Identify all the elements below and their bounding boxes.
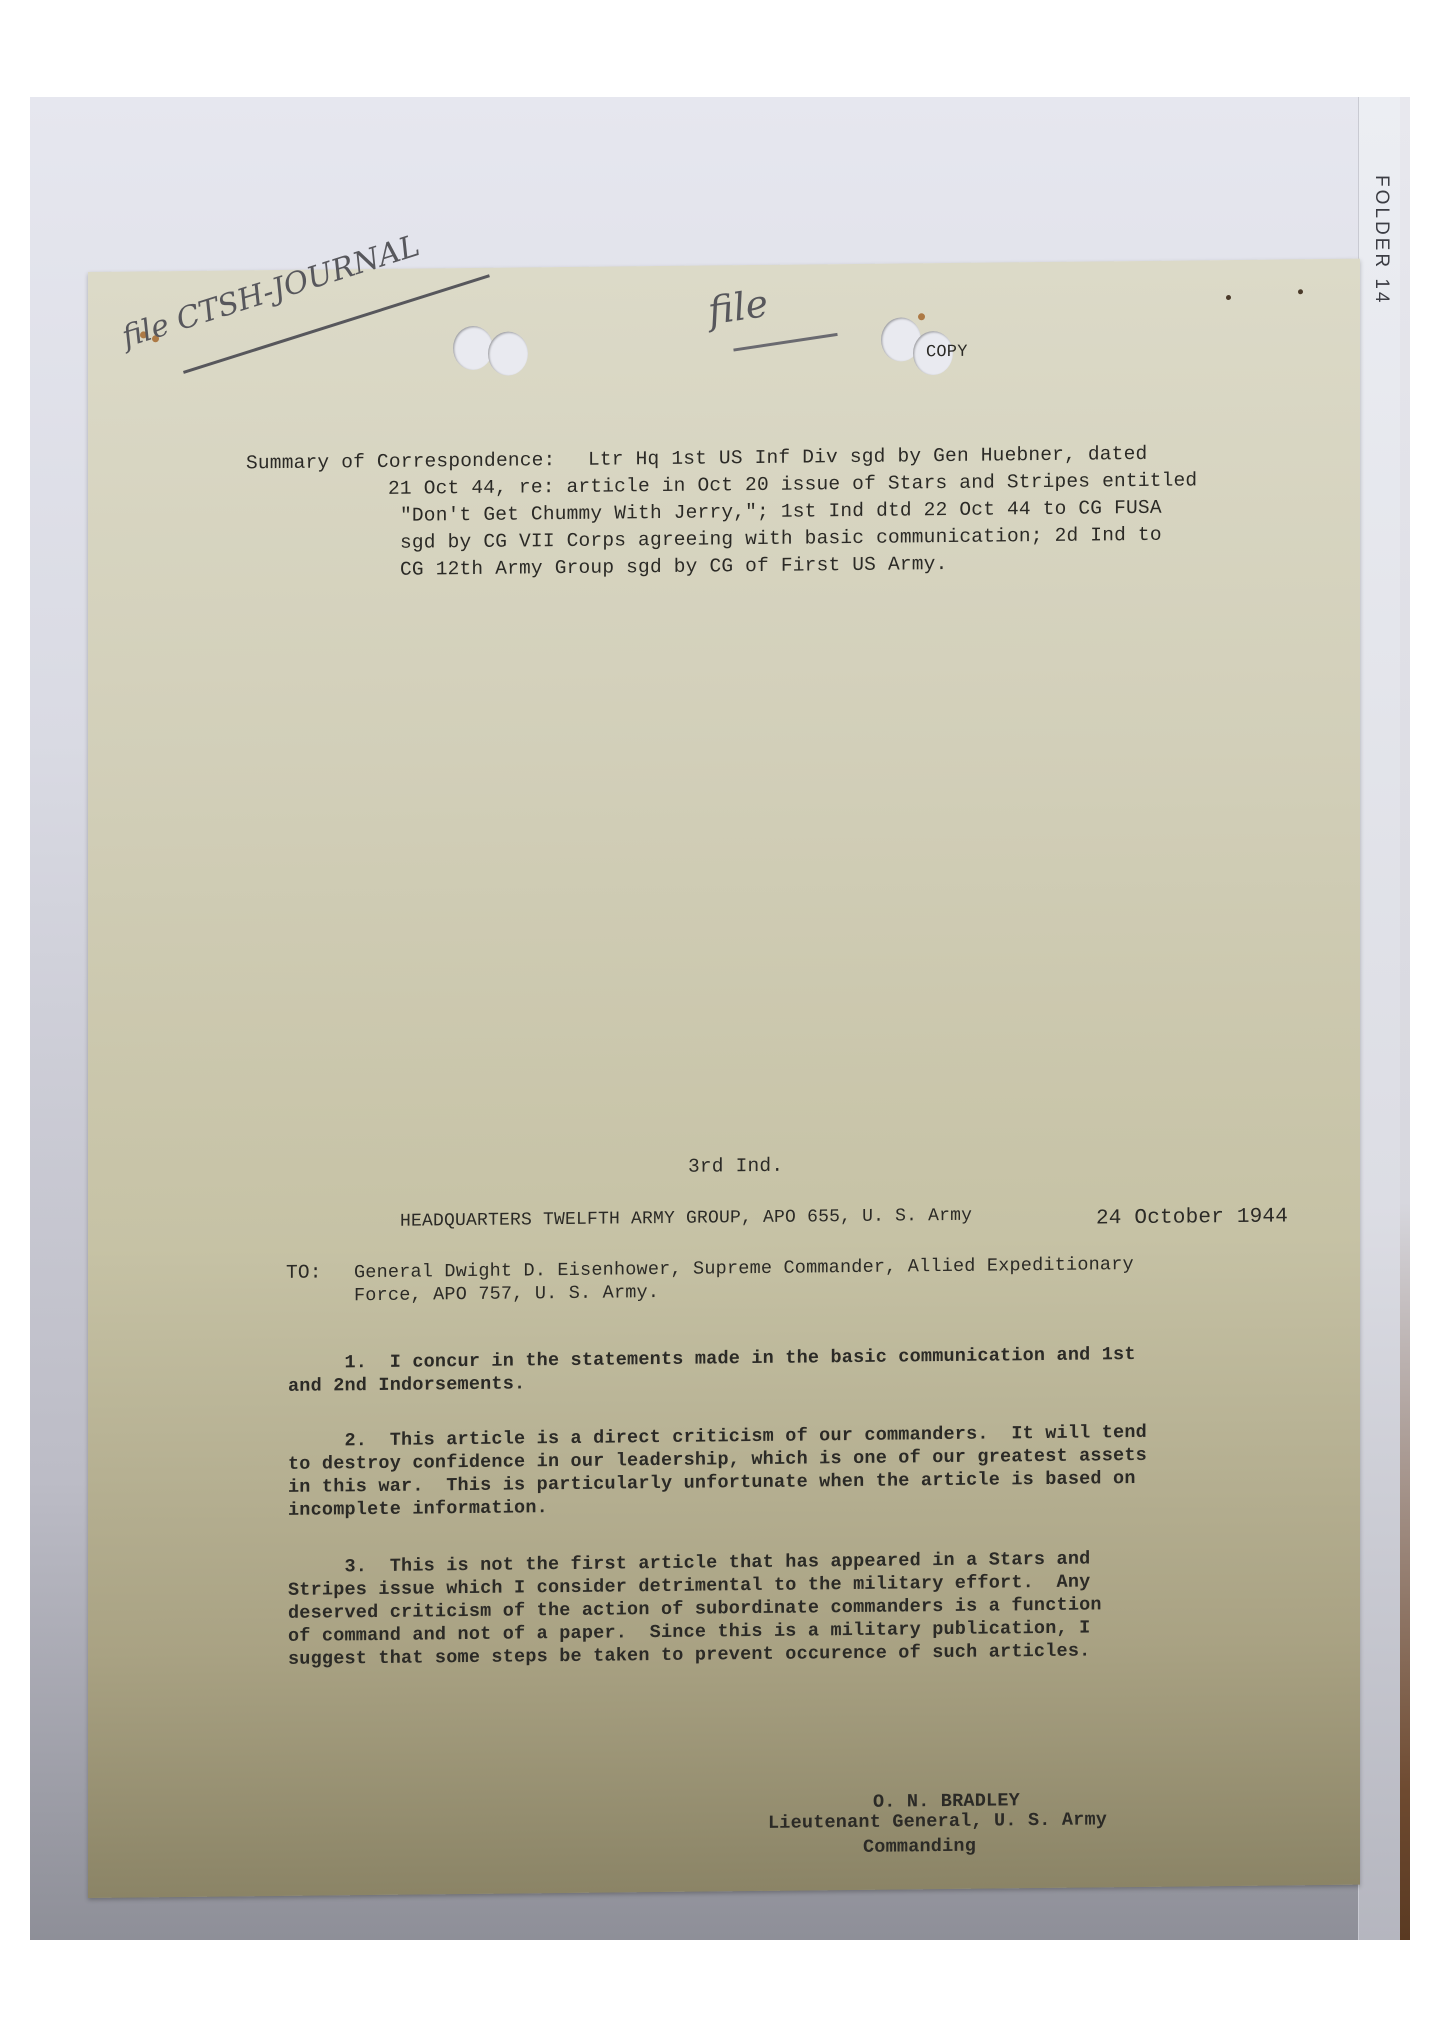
indorsement-title: 3rd Ind. <box>688 1153 783 1181</box>
folder-label: FOLDER 14 <box>1370 175 1392 305</box>
paragraph-2-line: incomplete information. <box>288 1494 548 1524</box>
photo-edge <box>1400 97 1410 1940</box>
to-label: TO: <box>286 1260 322 1287</box>
rust-stain <box>918 313 925 320</box>
pencil-underline <box>733 333 837 352</box>
headquarters-line: HEADQUARTERS TWELFTH ARMY GROUP, APO 655… <box>400 1203 972 1236</box>
punch-hole <box>453 326 493 370</box>
handwritten-file-center: file <box>705 281 771 333</box>
signature-role: Commanding <box>863 1833 976 1861</box>
punch-hole <box>488 331 528 375</box>
letter-page: file CTSH-JOURNAL file COPY Summary of C… <box>88 259 1360 1898</box>
ink-speck <box>1226 295 1231 300</box>
folder-tab <box>1358 97 1403 1940</box>
paragraph-1-line: and 2nd Indorsements. <box>288 1370 525 1399</box>
summary-line: CG 12th Army Group sgd by CG of First US… <box>400 551 948 584</box>
indorsement-date: 24 October 1944 <box>1096 1203 1288 1232</box>
ink-speck <box>1298 289 1303 294</box>
copy-stamp: COPY <box>926 339 968 366</box>
to-line: Force, APO 757, U. S. Army. <box>354 1279 659 1309</box>
summary-label: Summary of Correspondence: <box>246 447 555 477</box>
